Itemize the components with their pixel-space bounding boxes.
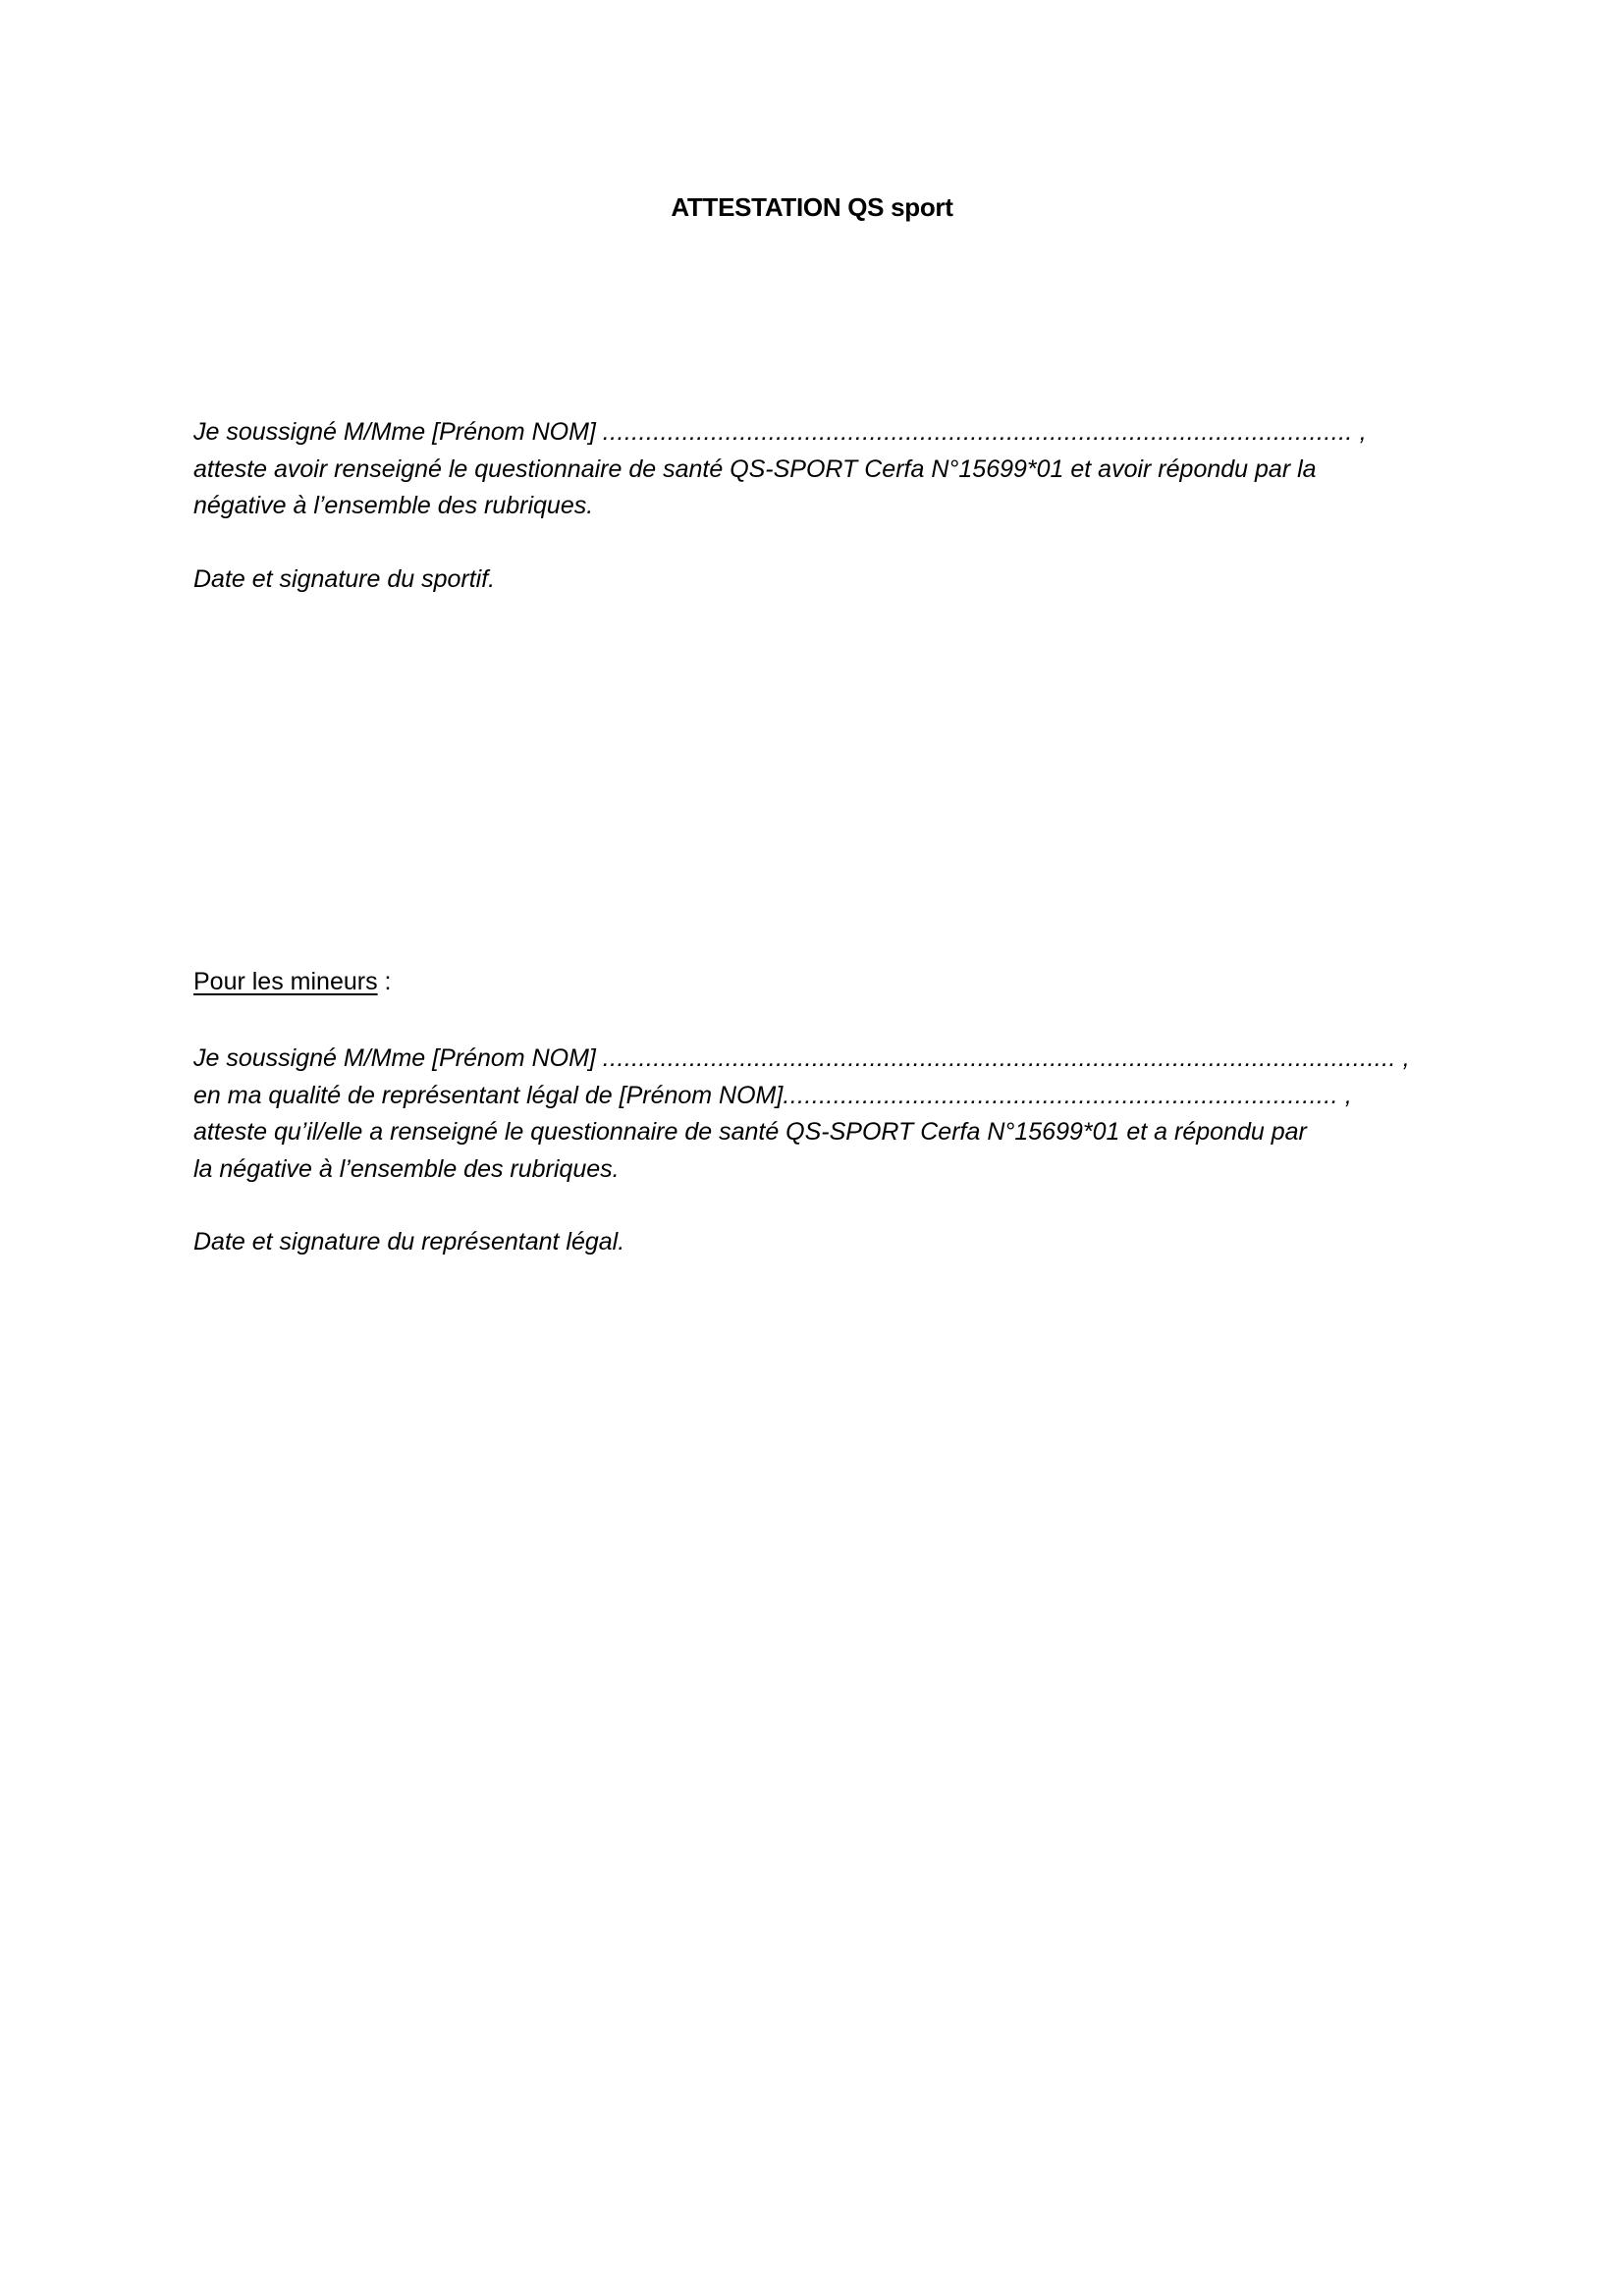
guardian-name-label: Je soussigné M/Mme [Prénom NOM] — [193, 1044, 603, 1072]
adult-name-fill-field[interactable]: ........................................… — [603, 418, 1353, 446]
adult-attest-line-end: négative à l’ensemble des rubriques. — [193, 488, 1470, 525]
guardian-name-fill-field[interactable]: ........................................… — [603, 1044, 1396, 1072]
minors-heading-colon: : — [378, 968, 392, 995]
adult-name-label: Je soussigné M/Mme [Prénom NOM] — [193, 418, 603, 446]
adult-name-line-end: , — [1353, 418, 1367, 446]
minor-name-line-end: , — [1338, 1082, 1352, 1109]
adult-attest-line: atteste avoir renseigné le questionnaire… — [193, 452, 1470, 489]
guardian-name-line: Je soussigné M/Mme [Prénom NOM] ........… — [193, 1041, 1470, 1078]
document-page: ATTESTATION QS sport Je soussigné M/Mme … — [0, 0, 1624, 2296]
adult-signature-label: Date et signature du sportif. — [193, 561, 1470, 599]
minor-attest-line-end: la négative à l’ensemble des rubriques. — [193, 1151, 1470, 1189]
minor-name-fill-field[interactable]: ........................................… — [783, 1082, 1338, 1109]
minor-name-line: en ma qualité de représentant légal de [… — [193, 1078, 1470, 1115]
adult-name-line: Je soussigné M/Mme [Prénom NOM] ........… — [193, 414, 1470, 452]
guardian-name-line-end: , — [1396, 1044, 1410, 1072]
adult-attestation-paragraph: Je soussigné M/Mme [Prénom NOM] ........… — [193, 414, 1470, 525]
minor-attestation-paragraph: Je soussigné M/Mme [Prénom NOM] ........… — [193, 1041, 1470, 1188]
minors-heading-text: Pour les mineurs — [193, 968, 378, 995]
minors-section-heading: Pour les mineurs : — [193, 964, 391, 1001]
minor-attest-line: atteste qu’il/elle a renseigné le questi… — [193, 1114, 1470, 1151]
guardian-signature-label: Date et signature du représentant légal. — [193, 1224, 1470, 1261]
minor-name-label: en ma qualité de représentant légal de [… — [193, 1082, 783, 1109]
document-title: ATTESTATION QS sport — [0, 192, 1624, 223]
